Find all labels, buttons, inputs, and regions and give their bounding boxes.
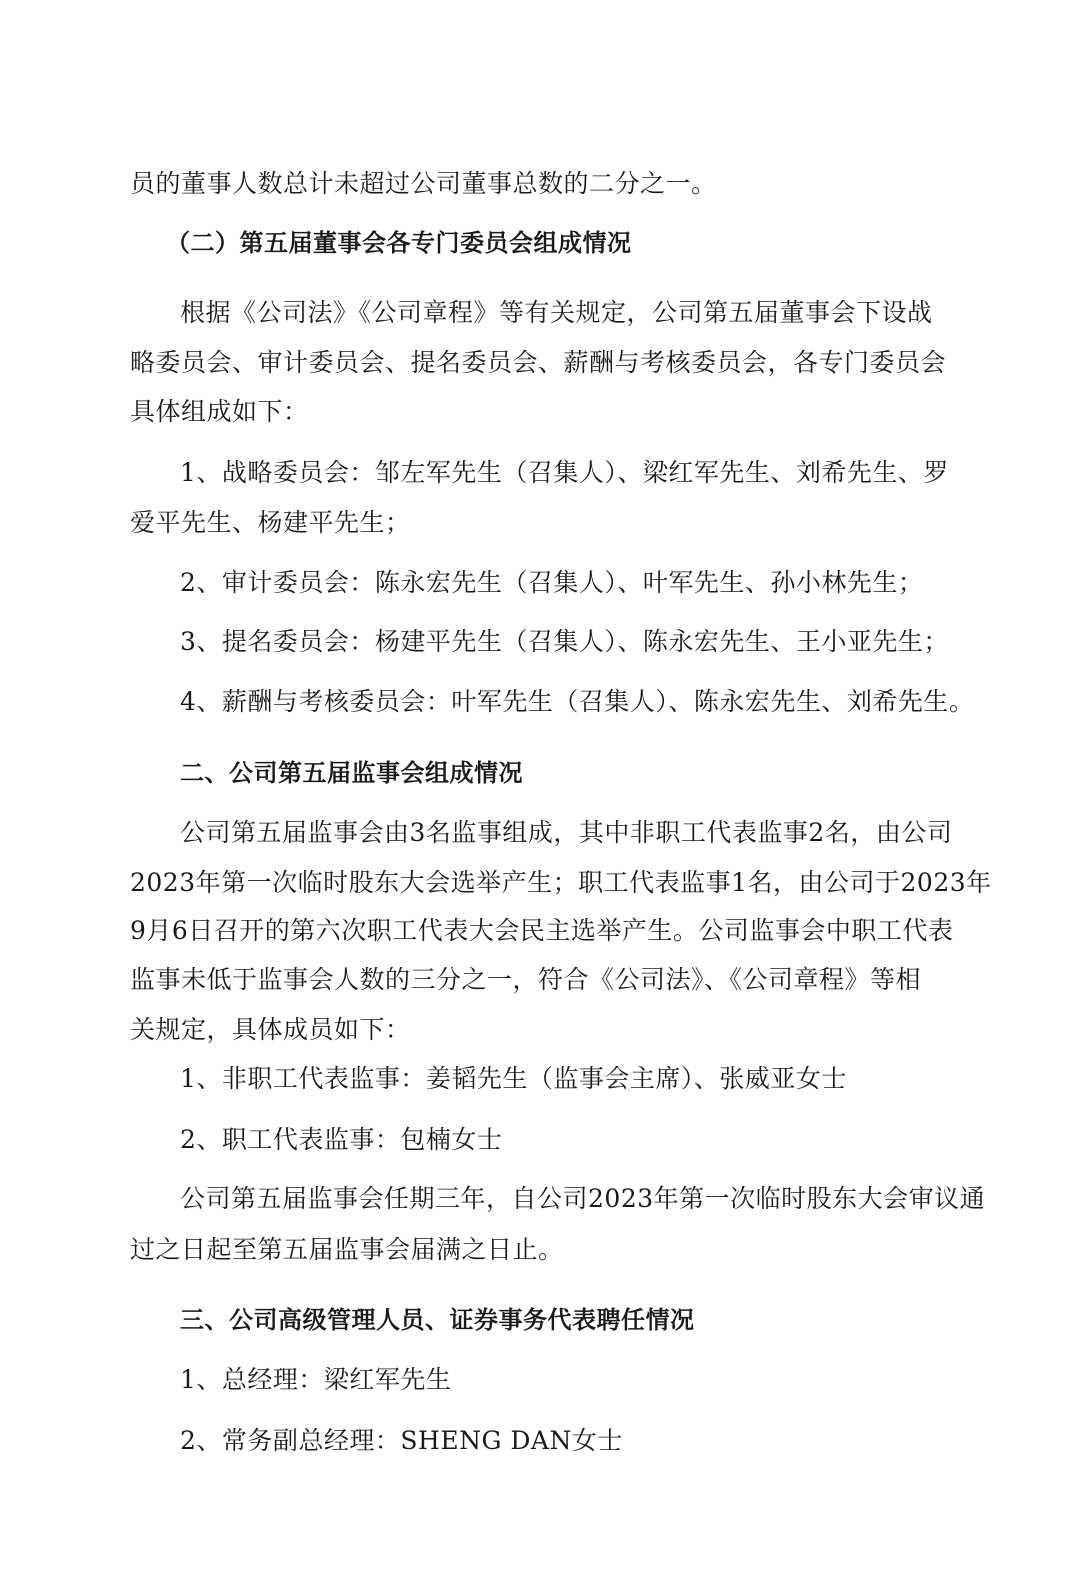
paragraph-line: 公司第五届监事会任期三年，自公司2023年第一次临时股东大会审议通 (180, 1184, 985, 1214)
committee-item: 4、薪酬与考核委员会：叶军先生（召集人）、陈永宏先生、刘希先生。 (180, 687, 974, 717)
committee-item: 爱平先生、杨建平先生； (130, 508, 411, 538)
appointment-item: 1、总经理：梁红军先生 (180, 1365, 451, 1395)
paragraph-line: 略委员会、审计委员会、提名委员会、薪酬与考核委员会，各专门委员会 (130, 348, 946, 378)
appointment-item: 2、常务副总经理：SHENG DAN女士 (180, 1426, 623, 1456)
committee-item: 1、战略委员会：邹左军先生（召集人）、梁红军先生、刘希先生、罗 (180, 458, 949, 488)
paragraph-line: 监事未低于监事会人数的三分之一，符合《公司法》、《公司章程》等相 (130, 965, 921, 995)
paragraph-line: 公司第五届监事会由3名监事组成，其中非职工代表监事2名，由公司 (180, 818, 952, 848)
paragraph-line: 具体组成如下： (130, 397, 309, 427)
committee-item: 2、审计委员会：陈永宏先生（召集人）、叶军先生、孙小林先生； (180, 568, 923, 598)
subsection-heading: （二）第五届董事会各专门委员会组成情况 (166, 228, 632, 258)
paragraph-line: 过之日起至第五届监事会届满之日止。 (130, 1235, 564, 1265)
paragraph-line: 9月6日召开的第六次职工代表大会民主选举产生。公司监事会中职工代表 (130, 916, 953, 946)
supervisor-item: 1、非职工代表监事：姜韬先生（监事会主席）、张威亚女士 (180, 1064, 847, 1094)
paragraph-line: 关规定，具体成员如下： (130, 1015, 411, 1045)
paragraph-line: 2023年第一次临时股东大会选举产生；职工代表监事1名，由公司于2023年 (130, 868, 992, 898)
committee-item: 3、提名委员会：杨建平先生（召集人）、陈永宏先生、王小亚先生； (180, 627, 949, 657)
section-heading: 三、公司高级管理人员、证券事务代表聘任情况 (180, 1305, 695, 1335)
paragraph-line: 员的董事人数总计未超过公司董事总数的二分之一。 (130, 169, 717, 199)
section-heading: 二、公司第五届监事会组成情况 (180, 758, 523, 788)
supervisor-item: 2、职工代表监事：包楠女士 (180, 1125, 502, 1155)
paragraph-line: 根据《公司法》《公司章程》等有关规定，公司第五届董事会下设战 (180, 298, 933, 328)
